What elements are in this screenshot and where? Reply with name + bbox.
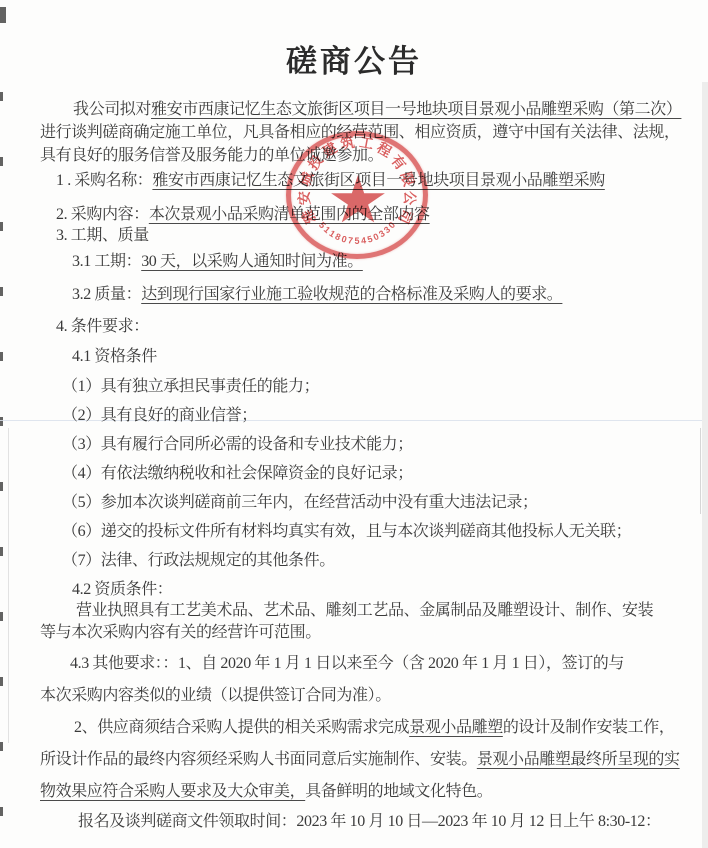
credential-line-2: 等与本次采购内容有关的经营许可范围。 [40,623,321,643]
text-segment: 所设计作品的最终内容须经采购人书面同意后实施制作、安装。 [40,751,477,768]
scan-artifact [0,677,3,686]
underlined-segment: 物效果应符合采购人要求及大众审美， [40,783,305,800]
scan-artifact [0,417,3,426]
text-segment: 具备鲜明的地域文化特色。 [305,783,492,800]
intro-line-3: 具有良好的服务信誉及服务能力的单位诚邀参加。 [40,146,383,166]
qualification-4: （4）有依法缴纳税收和社会保障资金的良好记录； [62,464,413,484]
item-procurement-content: 2. 采购内容：本次景观小品采购清单范围内的全部内容 [56,205,430,225]
text-segment: 我公司拟对 [73,101,151,118]
scan-artifact [0,612,3,621]
intro-line-1: 我公司拟对雅安市西康记忆生态文旅街区项目一号地块项目景观小品雕塑采购（第二次） [73,100,681,120]
scan-artifact [0,287,3,296]
supplier-requirement-line-3: 物效果应符合采购人要求及大众审美，具备鲜明的地域文化特色。 [40,782,492,802]
qualification-7: （7）法律、行政法规规定的其他条件。 [62,551,335,571]
item-label: 2. 采购内容： [56,206,149,223]
qualification-3: （3）具有履行合同所必需的设备和专业技术能力； [62,435,413,455]
item-value-underlined: 雅安市西康记忆生态文旅街区项目一号地块项目景观小品雕塑采购 [152,172,604,189]
intro-line-2: 进行谈判磋商确定施工单位，凡具备相应的经营范围、相应资质，遵守中国有关法律、法规… [40,123,680,143]
item-value-underlined: 达到现行国家行业施工验收规范的合格标准及采购人的要求。 [141,286,562,303]
qualification-1: （1）具有独立承担民事责任的能力； [62,377,319,397]
qualification-6: （6）递交的投标文件所有材料均真实有效，且与本次谈判磋商其他投标人无关联； [62,522,631,542]
document-title: 磋商公告 [0,36,708,81]
scan-artifact-line [8,428,9,743]
scan-artifact [0,157,3,166]
item-quality: 3.2 质量：达到现行国家行业施工验收规范的合格标准及采购人的要求。 [72,285,562,305]
item-procurement-name: 1 . 采购名称：雅安市西康记忆生态文旅街区项目一号地块项目景观小品雕塑采购 [56,171,605,191]
underlined-segment: 景观小品雕塑 [409,719,503,736]
scan-artifact-line [700,428,701,514]
item-label: 3.1 工期： [72,253,141,270]
item-credential-conditions: 4.2 资质条件： [72,580,172,600]
scan-artifact [0,222,3,231]
registration-time-line: 报名及谈判磋商文件领取时间：2023 年 10 月 10 日—2023 年 10… [78,812,661,832]
item-label: 1 . 采购名称： [56,172,152,189]
scan-page-edge [702,82,708,848]
underlined-project-name: 雅安市西康记忆生态文旅街区项目一号地块项目景观小品雕塑采购（第二次） [151,101,681,118]
other-requirements-line-2: 本次采购内容类似的业绩（以提供签订合同为准）。 [40,686,391,706]
scan-artifact [0,7,6,23]
supplier-requirement-line-1: 2、供应商须结合采购人提供的相关采购需求完成景观小品雕塑的设计及制作安装工作， [74,718,674,738]
scanned-document-page: 磋商公告 我公司拟对雅安市西康记忆生态文旅街区项目一号地块项目景观小品雕塑采购（… [0,0,708,848]
text-segment: 的设计及制作安装工作， [503,719,675,736]
supplier-requirement-line-2: 所设计作品的最终内容须经采购人书面同意后实施制作、安装。景观小品雕塑最终所呈现的… [40,750,680,770]
text-segment: 2、供应商须结合采购人提供的相关采购需求完成 [74,719,409,736]
scan-artifact [0,742,3,751]
item-value-underlined: 30 天，以采购人通知时间为准。 [141,253,363,270]
qualification-5: （5）参加本次谈判磋商前三年内，在经营活动中没有重大违法记录； [62,493,538,513]
scan-artifact [0,547,3,556]
scan-artifact [0,92,3,101]
credential-line-1: 营业执照具有工艺美术品、艺术品、雕刻工艺品、金属制品及雕塑设计、制作、安装 [76,601,653,621]
scan-artifact [0,482,3,491]
scan-artifact [0,807,3,816]
scan-artifact [0,352,3,361]
underlined-segment: 景观小品雕塑最终所呈现的实 [477,751,680,768]
other-requirements-line-1: 4.3 其他要求：：1、自 2020 年 1 月 1 日以来至今（含 2020 … [70,654,624,674]
item-label: 3.2 质量： [72,286,141,303]
item-schedule: 3.1 工期：30 天，以采购人通知时间为准。 [72,252,363,272]
item-value-underlined: 本次景观小品采购清单范围内的全部内容 [149,206,430,223]
item-schedule-quality: 3. 工期、质量 [56,226,149,246]
item-qualification-conditions: 4.1 资格条件 [72,347,157,367]
item-conditions: 4. 条件要求： [56,317,149,337]
qualification-2: （2）具有良好的商业信誉； [62,406,257,426]
